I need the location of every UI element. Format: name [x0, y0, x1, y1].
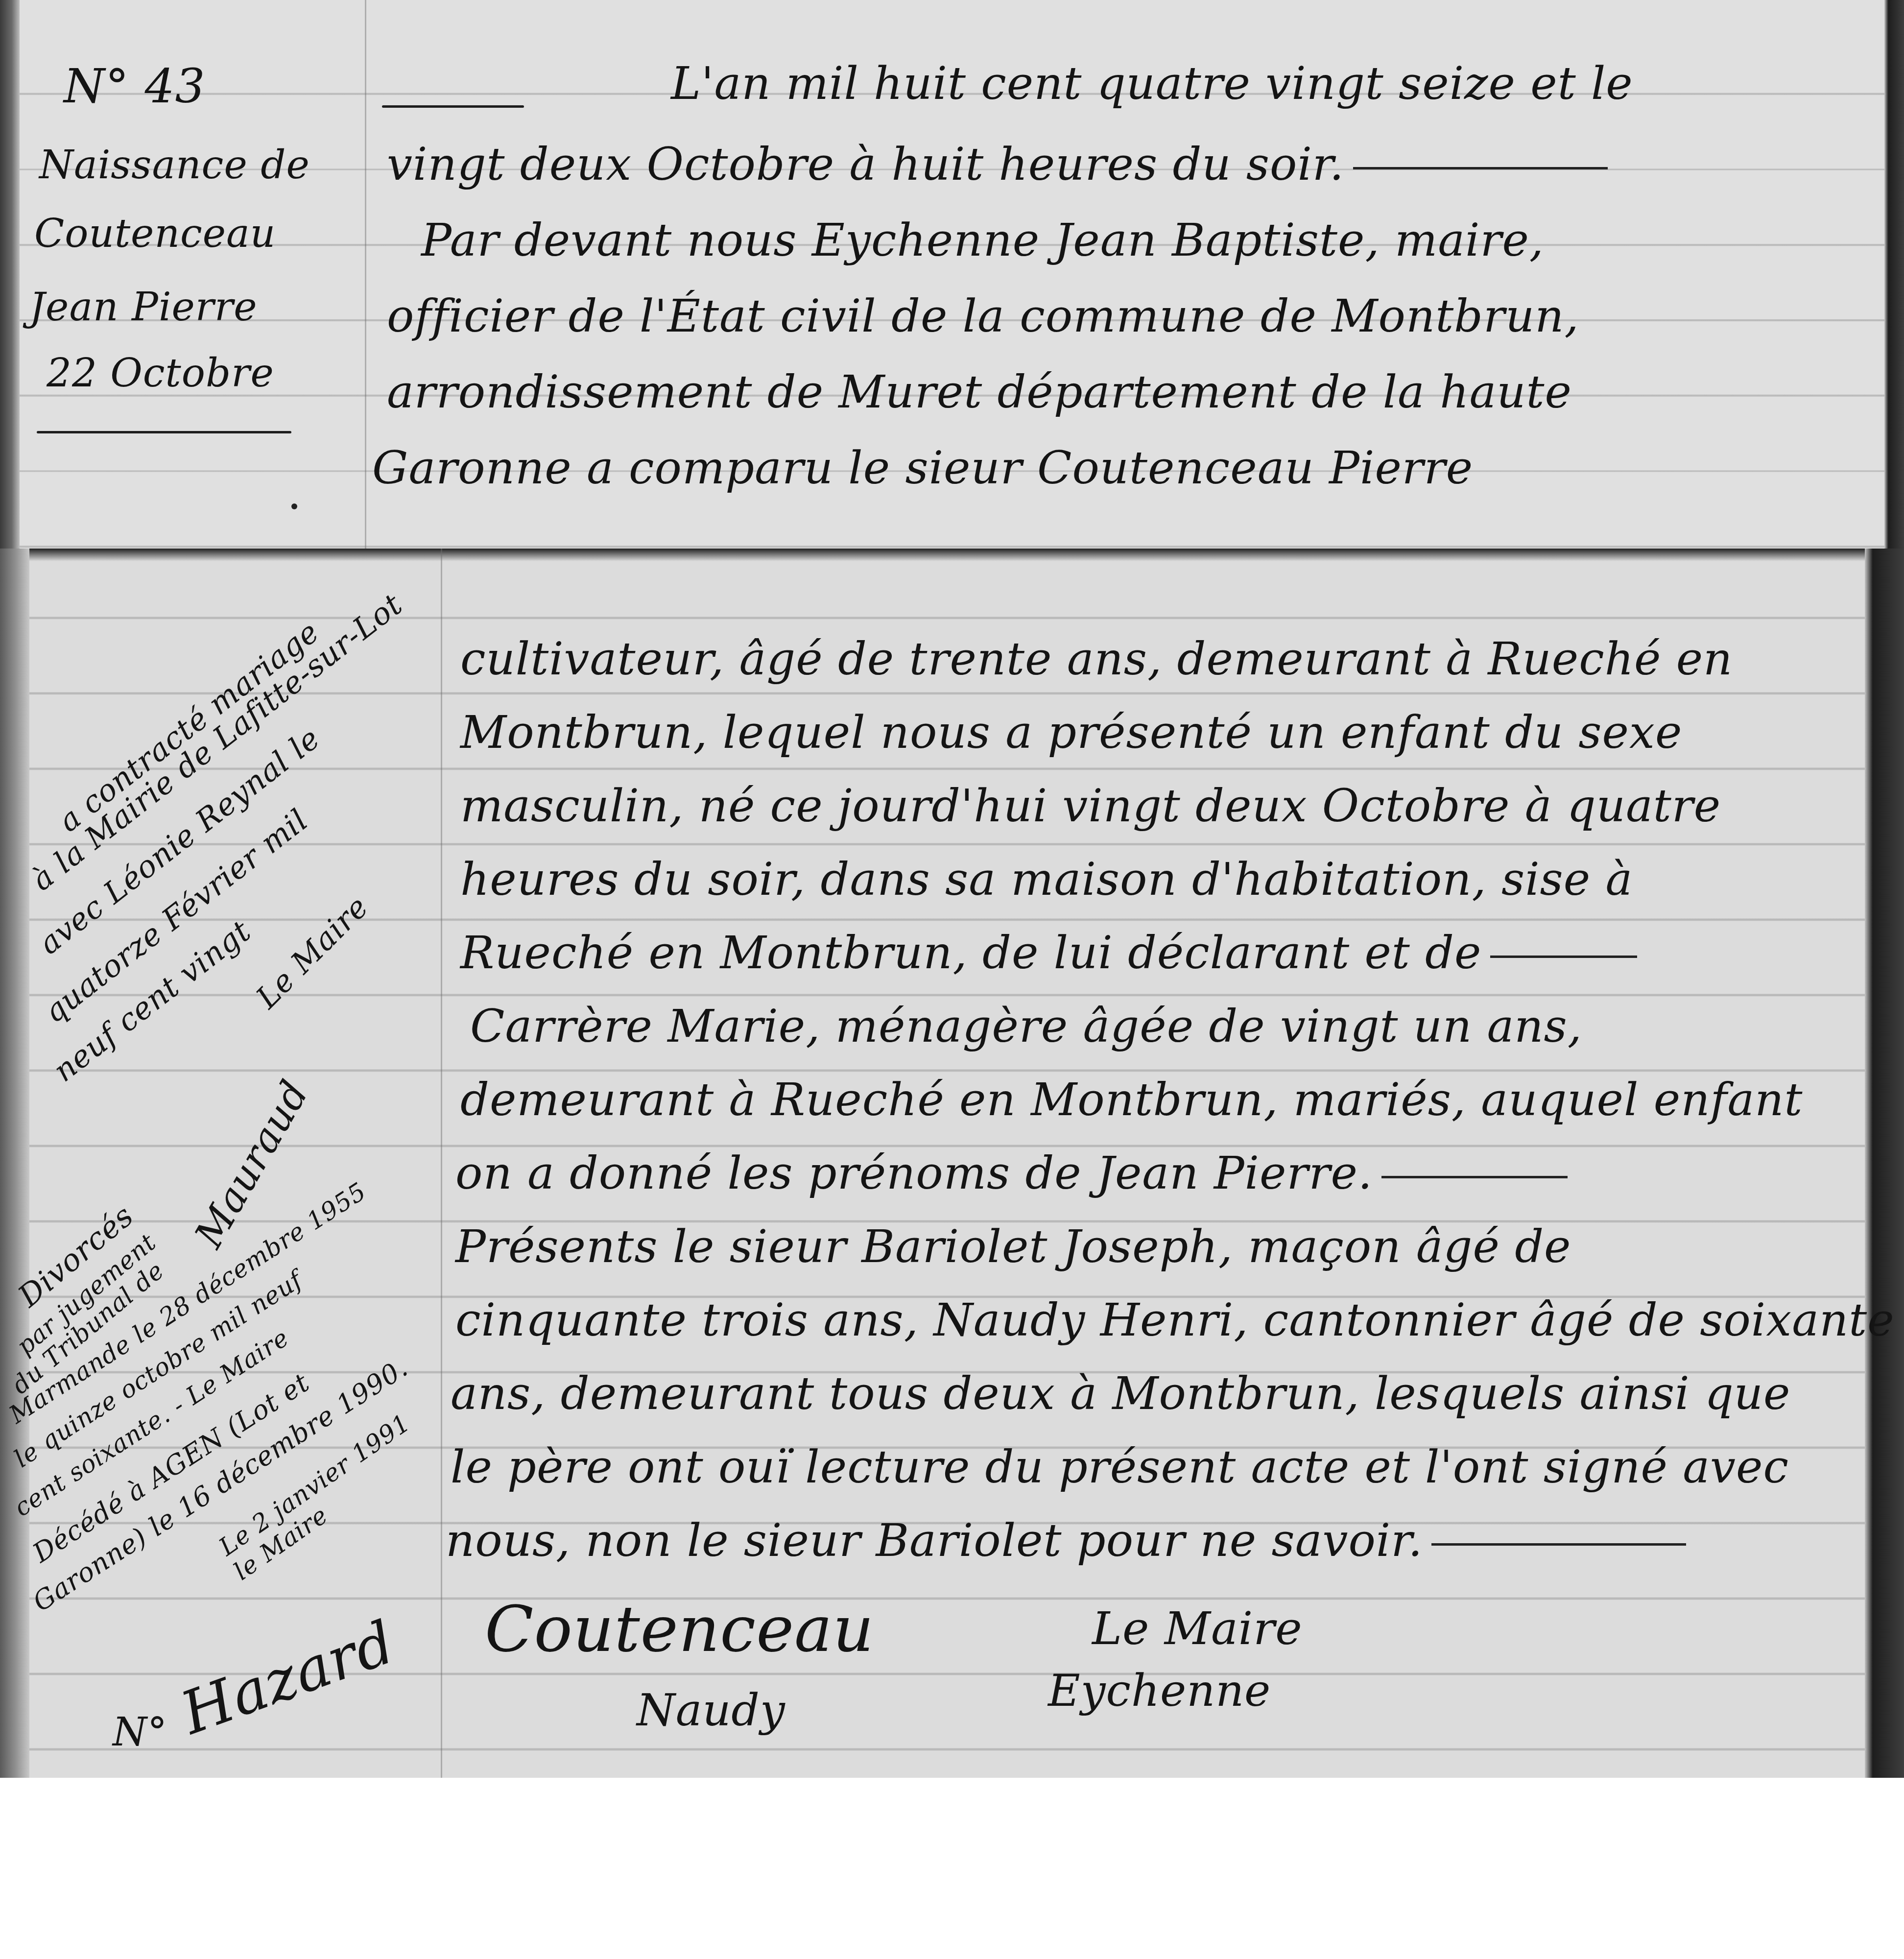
- signature-father: Coutenceau: [485, 1592, 874, 1666]
- entry-number: N° 43: [64, 59, 206, 114]
- text-line: on a donné les prénoms de Jean Pierre.: [455, 1151, 1568, 1196]
- text-line: demeurant à Rueché en Montbrun, mariés, …: [460, 1077, 1803, 1123]
- text-line: vingt deux Octobre à huit heures du soir…: [387, 142, 1608, 187]
- text-line: officier de l'État civil de la commune d…: [387, 294, 1579, 339]
- margin-date: 22 Octobre: [47, 350, 274, 396]
- annotation-marriage-line: Le Maire: [249, 889, 375, 1015]
- text-line: Montbrun, lequel nous a présenté un enfa…: [460, 710, 1682, 755]
- annotation-marriage-line: à la Mairie de Lafitte-sur-Lot: [24, 586, 409, 898]
- annotation-death-signature: Hazard: [172, 1608, 403, 1748]
- margin-rule: [365, 0, 366, 549]
- line-lead-dash: [382, 105, 524, 108]
- entry-marker: N°: [113, 1709, 167, 1755]
- text-line: ans, demeurant tous deux à Montbrun, les…: [451, 1371, 1790, 1416]
- text-line: L'an mil huit cent quatre vingt seize et…: [671, 61, 1633, 106]
- margin-surname: Coutenceau: [34, 211, 276, 256]
- page-binding-edge: [1865, 549, 1904, 1778]
- text-line: cinquante trois ans, Naudy Henri, canton…: [455, 1298, 1895, 1343]
- text-line: arrondissement de Muret département de l…: [387, 370, 1572, 415]
- mayor-label: Le Maire: [1092, 1606, 1303, 1651]
- text-line: heures du soir, dans sa maison d'habitat…: [460, 857, 1633, 902]
- annotation-marriage-line: a contracté mariage: [51, 614, 326, 839]
- text-line: Rueché en Montbrun, de lui déclarant et …: [460, 931, 1637, 976]
- text-line: Présents le sieur Bariolet Joseph, maçon…: [455, 1224, 1571, 1269]
- signature-mayor: Eychenne: [1048, 1665, 1271, 1717]
- ink-dot: [291, 503, 297, 509]
- margin-title: Naissance de: [39, 142, 310, 188]
- register-page-bottom: cultivateur, âgé de trente ans, demeuran…: [0, 549, 1904, 1778]
- text-line: Par devant nous Eychenne Jean Baptiste, …: [421, 218, 1544, 263]
- text-line: Garonne a comparu le sieur Coutenceau Pi…: [372, 446, 1473, 491]
- page-seam: [0, 549, 1904, 561]
- text-line: cultivateur, âgé de trente ans, demeuran…: [460, 637, 1733, 682]
- register-page-top: N° 43 Naissance de Coutenceau Jean Pierr…: [0, 0, 1904, 549]
- page-binding-edge: [0, 549, 29, 1778]
- page-binding-edge: [0, 0, 20, 549]
- page-binding-edge: [1884, 0, 1904, 549]
- text-line: Carrère Marie, ménagère âgée de vingt un…: [470, 1004, 1582, 1049]
- signature-witness: Naudy: [637, 1685, 785, 1736]
- margin-given-names: Jean Pierre: [29, 284, 258, 330]
- text-line: masculin, né ce jourd'hui vingt deux Oct…: [460, 784, 1721, 829]
- text-line: nous, non le sieur Bariolet pour ne savo…: [446, 1518, 1686, 1563]
- margin-rule: [441, 549, 442, 1778]
- margin-underline: [37, 431, 291, 433]
- text-line: le père ont ouï lecture du présent acte …: [451, 1445, 1789, 1490]
